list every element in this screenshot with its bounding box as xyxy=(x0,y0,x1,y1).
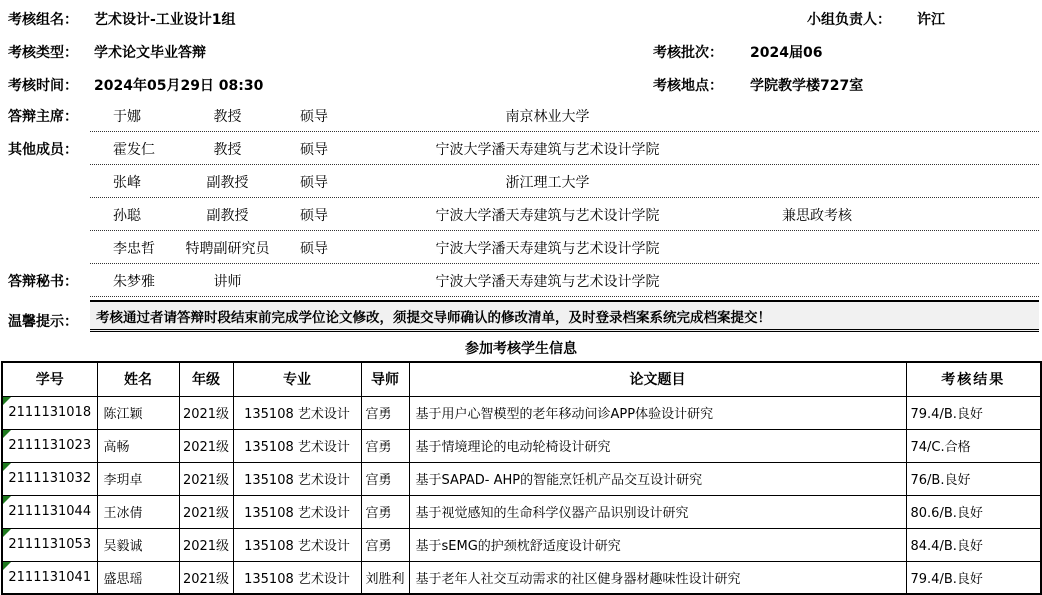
member-advisor-type: 硕导 xyxy=(284,238,344,258)
assessment-roster-page: 考核组名： 艺术设计-工业设计1组 小组负责人： 许江 考核类型： 学术论文毕业… xyxy=(0,0,1042,595)
header-row-1: 考核组名： 艺术设计-工业设计1组 小组负责人： 许江 xyxy=(0,2,1042,35)
col-header-name: 姓名 xyxy=(97,362,179,396)
member-role-label: 其他成员： xyxy=(8,139,78,159)
cell-name: 王冰倩 xyxy=(97,495,179,528)
cell-flag-icon xyxy=(3,397,11,405)
col-header-result: 考核结果 xyxy=(906,362,1041,396)
type-label: 考核类型： xyxy=(8,42,78,62)
header-row-3: 考核时间： 2024年05月29日 08:30 考核地点： 学院教学楼727室 xyxy=(0,68,1042,101)
member-advisor-type: 硕导 xyxy=(284,139,344,159)
cell-result: 84.4/B.良好 xyxy=(906,528,1041,561)
member-organization: 宁波大学潘天寿建筑与艺术设计学院 xyxy=(345,238,750,258)
member-title: 讲师 xyxy=(180,271,275,291)
cell-flag-icon xyxy=(3,463,11,471)
member-advisor-type: 硕导 xyxy=(284,205,344,225)
committee-list: 答辩主席： 于娜 教授 硕导 南京林业大学 其他成员： 霍发仁 教授 硕导 宁波… xyxy=(0,99,1042,297)
cell-result: 74/C.合格 xyxy=(906,429,1041,462)
cell-student-id: 2111131044 xyxy=(2,495,97,528)
tip-row: 温馨提示： 考核通过者请答辩时段结束前完成学位论文修改，须提交导师确认的修改清单… xyxy=(0,297,1042,335)
cell-result: 80.6/B.良好 xyxy=(906,495,1041,528)
cell-major: 135108 艺术设计 xyxy=(233,462,361,495)
member-role-label: 答辩秘书： xyxy=(8,271,78,291)
cell-flag-icon xyxy=(3,430,11,438)
cell-major: 135108 艺术设计 xyxy=(233,429,361,462)
member-advisor-type: 硕导 xyxy=(284,172,344,192)
member-organization: 南京林业大学 xyxy=(345,106,750,126)
member-organization: 宁波大学潘天寿建筑与艺术设计学院 xyxy=(345,205,750,225)
student-row: 2111131041 盛思瑶 2021级 135108 艺术设计 刘胜利 基于老… xyxy=(2,561,1041,594)
batch-label: 考核批次： xyxy=(653,42,723,62)
leader-label: 小组负责人： xyxy=(807,9,891,29)
member-advisor-type: 硕导 xyxy=(284,106,344,126)
cell-thesis-title: 基于sEMG的护颈枕舒适度设计研究 xyxy=(409,528,906,561)
cell-student-id: 2111131041 xyxy=(2,561,97,594)
cell-thesis-title: 基于情境理论的电动轮椅设计研究 xyxy=(409,429,906,462)
cell-grade: 2021级 xyxy=(179,429,233,462)
group-name-value: 艺术设计-工业设计1组 xyxy=(94,9,236,29)
cell-result: 79.4/B.良好 xyxy=(906,561,1041,594)
tip-label: 温馨提示： xyxy=(8,311,78,331)
cell-advisor: 宫勇 xyxy=(361,462,409,495)
member-title: 副教授 xyxy=(180,172,275,192)
cell-result: 76/B.良好 xyxy=(906,462,1041,495)
cell-name: 李玥卓 xyxy=(97,462,179,495)
col-header-thesis-title: 论文题目 xyxy=(409,362,906,396)
cell-grade: 2021级 xyxy=(179,462,233,495)
type-value: 学术论文毕业答辩 xyxy=(94,42,206,62)
cell-advisor: 宫勇 xyxy=(361,396,409,429)
member-name: 霍发仁 xyxy=(113,139,155,159)
member-title: 教授 xyxy=(180,106,275,126)
committee-row-member: 其他成员： 霍发仁 教授 硕导 宁波大学潘天寿建筑与艺术设计学院 xyxy=(0,132,1042,165)
student-row: 2111131032 李玥卓 2021级 135108 艺术设计 宫勇 基于SA… xyxy=(2,462,1041,495)
cell-thesis-title: 基于视觉感知的生命科学仪器产品识别设计研究 xyxy=(409,495,906,528)
committee-row-member: 张峰 副教授 硕导 浙江理工大学 xyxy=(0,165,1042,198)
student-row: 2111131023 高畅 2021级 135108 艺术设计 宫勇 基于情境理… xyxy=(2,429,1041,462)
batch-value: 2024届06 xyxy=(750,42,822,62)
students-section-title: 参加考核学生信息 xyxy=(0,338,1042,358)
place-value: 学院教学楼727室 xyxy=(750,75,863,95)
member-name: 张峰 xyxy=(113,172,141,192)
cell-advisor: 宫勇 xyxy=(361,528,409,561)
member-title: 教授 xyxy=(180,139,275,159)
student-row: 2111131018 陈江颖 2021级 135108 艺术设计 宫勇 基于用户… xyxy=(2,396,1041,429)
cell-thesis-title: 基于老年人社交互动需求的社区健身器材趣味性设计研究 xyxy=(409,561,906,594)
member-title: 特聘副研究员 xyxy=(180,238,275,258)
member-title: 副教授 xyxy=(180,205,275,225)
cell-grade: 2021级 xyxy=(179,561,233,594)
cell-student-id: 2111131023 xyxy=(2,429,97,462)
committee-row-chair: 答辩主席： 于娜 教授 硕导 南京林业大学 xyxy=(0,99,1042,132)
col-header-advisor: 导师 xyxy=(361,362,409,396)
member-name: 朱梦雅 xyxy=(113,271,155,291)
student-row: 2111131053 吴毅诚 2021级 135108 艺术设计 宫勇 基于sE… xyxy=(2,528,1041,561)
member-name: 于娜 xyxy=(113,106,141,126)
cell-name: 陈江颖 xyxy=(97,396,179,429)
cell-flag-icon xyxy=(3,496,11,504)
cell-advisor: 宫勇 xyxy=(361,495,409,528)
cell-advisor: 宫勇 xyxy=(361,429,409,462)
time-label: 考核时间： xyxy=(8,75,78,95)
col-header-student-id: 学号 xyxy=(2,362,97,396)
cell-thesis-title: 基于SAPAD- AHP的智能烹饪机产品交互设计研究 xyxy=(409,462,906,495)
student-row: 2111131044 王冰倩 2021级 135108 艺术设计 宫勇 基于视觉… xyxy=(2,495,1041,528)
place-label: 考核地点： xyxy=(653,75,723,95)
member-organization: 浙江理工大学 xyxy=(345,172,750,192)
students-header-row: 学号 姓名 年级 专业 导师 论文题目 考核结果 xyxy=(2,362,1041,396)
cell-name: 高畅 xyxy=(97,429,179,462)
cell-student-id: 2111131053 xyxy=(2,528,97,561)
cell-major: 135108 艺术设计 xyxy=(233,528,361,561)
cell-student-id: 2111131018 xyxy=(2,396,97,429)
member-organization: 宁波大学潘天寿建筑与艺术设计学院 xyxy=(345,139,750,159)
committee-row-member: 孙聪 副教授 硕导 宁波大学潘天寿建筑与艺术设计学院 兼思政考核 xyxy=(0,198,1042,231)
cell-thesis-title: 基于用户心智模型的老年移动问诊APP体验设计研究 xyxy=(409,396,906,429)
cell-result: 79.4/B.良好 xyxy=(906,396,1041,429)
cell-advisor: 刘胜利 xyxy=(361,561,409,594)
cell-flag-icon xyxy=(3,562,11,570)
member-role-label: 答辩主席： xyxy=(8,106,78,126)
member-organization: 宁波大学潘天寿建筑与艺术设计学院 xyxy=(345,271,750,291)
group-name-label: 考核组名： xyxy=(8,9,78,29)
cell-flag-icon xyxy=(3,529,11,537)
col-header-grade: 年级 xyxy=(179,362,233,396)
header-row-2: 考核类型： 学术论文毕业答辩 考核批次： 2024届06 xyxy=(0,35,1042,68)
committee-row-secretary: 答辩秘书： 朱梦雅 讲师 宁波大学潘天寿建筑与艺术设计学院 xyxy=(0,264,1042,297)
member-note: 兼思政考核 xyxy=(782,205,852,225)
cell-name: 吴毅诚 xyxy=(97,528,179,561)
cell-grade: 2021级 xyxy=(179,528,233,561)
cell-grade: 2021级 xyxy=(179,495,233,528)
cell-major: 135108 艺术设计 xyxy=(233,495,361,528)
cell-student-id: 2111131032 xyxy=(2,462,97,495)
students-table: 学号 姓名 年级 专业 导师 论文题目 考核结果 2111131018 陈江颖 … xyxy=(1,361,1042,595)
col-header-major: 专业 xyxy=(233,362,361,396)
cell-major: 135108 艺术设计 xyxy=(233,396,361,429)
tip-banner: 考核通过者请答辩时段结束前完成学位论文修改，须提交导师确认的修改清单，及时登录档… xyxy=(90,300,1039,332)
cell-grade: 2021级 xyxy=(179,396,233,429)
leader-value: 许江 xyxy=(917,9,945,29)
cell-name: 盛思瑶 xyxy=(97,561,179,594)
time-value: 2024年05月29日 08:30 xyxy=(94,75,263,95)
committee-row-member: 李忠哲 特聘副研究员 硕导 宁波大学潘天寿建筑与艺术设计学院 xyxy=(0,231,1042,264)
cell-major: 135108 艺术设计 xyxy=(233,561,361,594)
member-name: 李忠哲 xyxy=(113,238,155,258)
member-name: 孙聪 xyxy=(113,205,141,225)
